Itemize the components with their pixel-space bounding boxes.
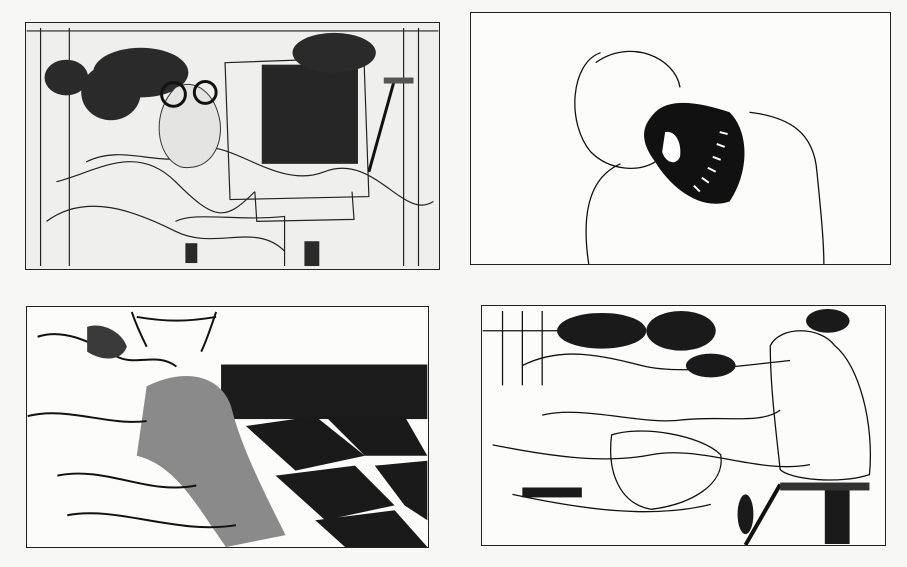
print-reclining-figure: Reclining figure with raised knee beside… (26, 306, 429, 548)
print-seated-group: Group of seated figures viewed from behi… (481, 305, 886, 546)
reclining-figure-drawing (27, 307, 428, 547)
computer-scene-drawing (26, 23, 439, 269)
print-computer-scene: Two people with curly hair, one wearing … (25, 22, 440, 270)
seated-group-drawing (482, 306, 885, 545)
knit-hat-figure-drawing (471, 13, 890, 264)
print-knit-hat-figure: Person resting head on shoulder, wearing… (470, 12, 891, 265)
